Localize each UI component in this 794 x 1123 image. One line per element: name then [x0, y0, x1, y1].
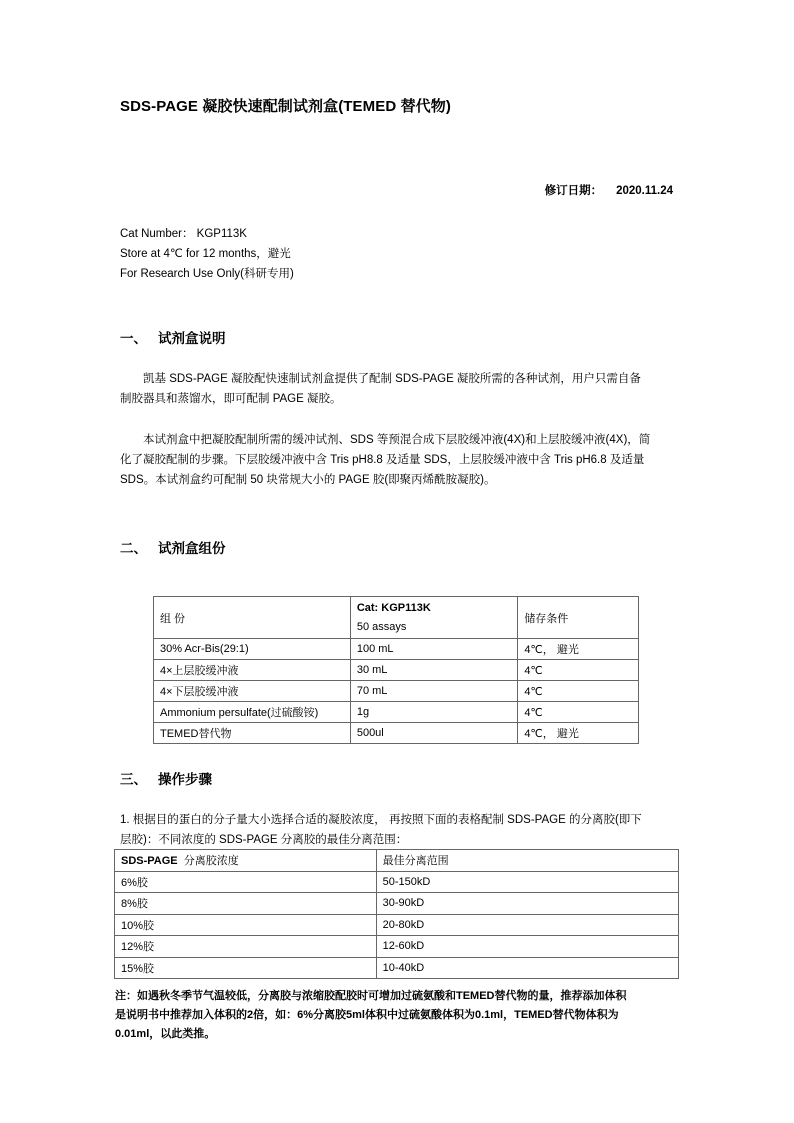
table-row: 10%胶 20-80kD: [115, 914, 679, 936]
paragraph-line: SDS。本试剂盒约可配制 50 块常规大小的 PAGE 胶(即聚丙烯酰胺凝胶)。: [120, 470, 676, 490]
separation-range-table: SDS-PAGE 分离胶浓度 最佳分离范围 6%胶 50-150kD 8%胶 3…: [114, 849, 679, 979]
cell-amount: 100 mL: [350, 639, 517, 660]
table-row: TEMED替代物 500ul 4℃， 避光: [154, 723, 639, 744]
cell-concentration: 10%胶: [115, 914, 377, 936]
table-row: 8%胶 30-90kD: [115, 893, 679, 915]
cell-storage: 4℃: [518, 681, 639, 702]
usage-info: For Research Use Only(科研专用): [120, 265, 294, 281]
table-row: 6%胶 50-150kD: [115, 871, 679, 893]
cell-storage: 4℃: [518, 660, 639, 681]
cell-storage: 4℃: [518, 702, 639, 723]
paragraph-line: 层胶)：不同浓度的 SDS-PAGE 分离胶的最佳分离范围：: [120, 830, 676, 850]
table-header-row: 组 份 Cat: KGP113K 50 assays 储存条件: [154, 597, 639, 639]
section-heading-procedure: 三、操作步骤: [120, 768, 212, 788]
cell-component: Ammonium persulfate(过硫酸铵): [154, 702, 351, 723]
document-title: SDS-PAGE 凝胶快速配制试剂盒(TEMED 替代物): [120, 95, 451, 116]
storage-info: Store at 4℃ for 12 months，避光: [120, 245, 291, 261]
paragraph-line: 本试剂盒中把凝胶配制所需的缓冲试剂、SDS 等预混合成下层胶缓冲液(4X)和上层…: [120, 430, 676, 450]
section-title: 试剂盒组份: [158, 541, 226, 556]
header-concentration: SDS-PAGE 分离胶浓度: [115, 850, 377, 872]
note-paragraph: 注：如遇秋冬季节气温较低，分离胶与浓缩胶配胶时可增加过硫氨酸和TEMED替代物的…: [115, 987, 685, 1044]
cell-component: 30% Acr-Bis(29:1): [154, 639, 351, 660]
header-range: 最佳分离范围: [376, 850, 678, 872]
cell-amount: 30 mL: [350, 660, 517, 681]
header-assays: 50 assays: [357, 618, 511, 637]
cell-range: 10-40kD: [376, 957, 678, 979]
header-concentration-rest: 分离胶浓度: [178, 855, 239, 867]
cell-storage: 4℃， 避光: [518, 723, 639, 744]
note-line: 0.01ml，以此类推。: [115, 1025, 685, 1044]
cell-amount: 70 mL: [350, 681, 517, 702]
table-row: Ammonium persulfate(过硫酸铵) 1g 4℃: [154, 702, 639, 723]
section-heading-kit-description: 一、试剂盒说明: [120, 327, 226, 347]
cell-concentration: 12%胶: [115, 936, 377, 958]
paragraph-line: 1. 根据目的蛋白的分子量大小选择合适的凝胶浓度， 再按照下面的表格配制 SDS…: [120, 810, 676, 830]
header-component: 组 份: [154, 597, 351, 639]
cell-range: 20-80kD: [376, 914, 678, 936]
cat-number: Cat Number： KGP113K: [120, 225, 247, 241]
note-line: 注：如遇秋冬季节气温较低，分离胶与浓缩胶配胶时可增加过硫氨酸和TEMED替代物的…: [115, 987, 685, 1006]
cell-component: TEMED替代物: [154, 723, 351, 744]
section-number: 三、: [120, 768, 158, 788]
cell-range: 50-150kD: [376, 871, 678, 893]
cell-concentration: 8%胶: [115, 893, 377, 915]
paragraph-kit-details: 本试剂盒中把凝胶配制所需的缓冲试剂、SDS 等预混合成下层胶缓冲液(4X)和上层…: [120, 430, 676, 490]
section-number: 二、: [120, 537, 158, 557]
table-row: 30% Acr-Bis(29:1) 100 mL 4℃， 避光: [154, 639, 639, 660]
step-1-text: 1. 根据目的蛋白的分子量大小选择合适的凝胶浓度， 再按照下面的表格配制 SDS…: [120, 810, 676, 850]
cell-range: 12-60kD: [376, 936, 678, 958]
revision-label: 修订日期：: [545, 185, 603, 197]
header-cat-number: Cat: KGP113K: [357, 599, 511, 618]
cell-storage: 4℃， 避光: [518, 639, 639, 660]
section-title: 操作步骤: [158, 772, 212, 787]
section-number: 一、: [120, 327, 158, 347]
components-table: 组 份 Cat: KGP113K 50 assays 储存条件 30% Acr-…: [153, 596, 639, 744]
table-row: 4×上层胶缓冲液 30 mL 4℃: [154, 660, 639, 681]
header-concentration-bold: SDS-PAGE: [121, 855, 178, 867]
table-header-row: SDS-PAGE 分离胶浓度 最佳分离范围: [115, 850, 679, 872]
revision-value: 2020.11.24: [616, 185, 673, 197]
cell-concentration: 15%胶: [115, 957, 377, 979]
section-title: 试剂盒说明: [158, 331, 226, 346]
table-row: 12%胶 12-60kD: [115, 936, 679, 958]
cell-component: 4×上层胶缓冲液: [154, 660, 351, 681]
header-storage: 储存条件: [518, 597, 639, 639]
paragraph-line: 凯基 SDS-PAGE 凝胶配快速制试剂盒提供了配制 SDS-PAGE 凝胶所需…: [120, 369, 676, 389]
header-cat: Cat: KGP113K 50 assays: [350, 597, 517, 639]
cell-range: 30-90kD: [376, 893, 678, 915]
cell-amount: 500ul: [350, 723, 517, 744]
paragraph-line: 化了凝胶配制的步骤。下层胶缓冲液中含 Tris pH8.8 及适量 SDS，上层…: [120, 450, 676, 470]
section-heading-kit-components: 二、试剂盒组份: [120, 537, 226, 557]
cell-component: 4×下层胶缓冲液: [154, 681, 351, 702]
cell-amount: 1g: [350, 702, 517, 723]
table-row: 4×下层胶缓冲液 70 mL 4℃: [154, 681, 639, 702]
revision-date: 修订日期：2020.11.24: [545, 182, 673, 198]
paragraph-line: 制胶器具和蒸馏水，即可配制 PAGE 凝胶。: [120, 389, 676, 409]
paragraph-kit-intro: 凯基 SDS-PAGE 凝胶配快速制试剂盒提供了配制 SDS-PAGE 凝胶所需…: [120, 369, 676, 409]
note-line: 是说明书中推荐加入体积的2倍，如：6%分离胶5ml体积中过硫氨酸体积为0.1ml…: [115, 1006, 685, 1025]
table-row: 15%胶 10-40kD: [115, 957, 679, 979]
cell-concentration: 6%胶: [115, 871, 377, 893]
